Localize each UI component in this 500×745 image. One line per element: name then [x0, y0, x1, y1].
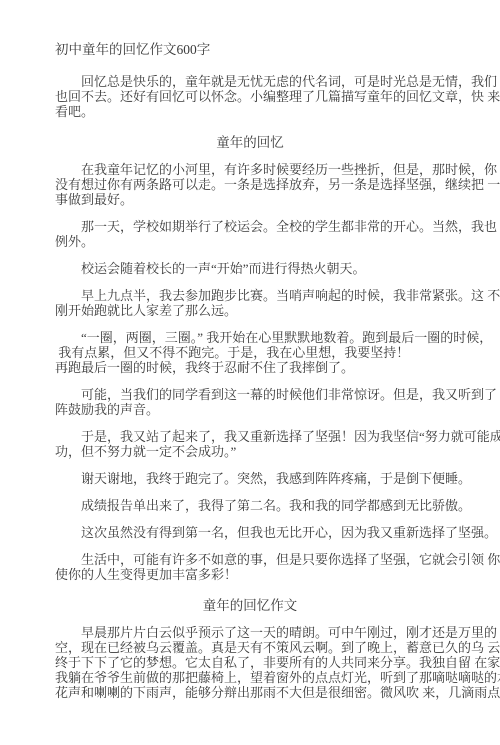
essay-paragraph: 早晨那片片白云似乎预示了这一天的晴朗。可中午刚过，刚才还是万里的 晴空，现在已经…	[55, 625, 445, 700]
document-page: 初中童年的回忆作文600字 回忆总是快乐的，童年就是无忧无虑的代名词，可是时光总…	[0, 0, 500, 745]
text-line: 可能，当我们的同学看到这一幕的时候他们非常惊讶。但是，我又听到了 阵	[55, 387, 445, 402]
essay-paragraph: “一圈，两圈，三圈。” 我开始在心里默默地数着。跑到最后一圈的时候， 我有点累，…	[55, 330, 445, 375]
text-line: 例外。	[55, 234, 445, 249]
document-title: 初中童年的回忆作文600字	[55, 42, 445, 57]
text-line: 花声和喇喇的下雨声，能够分辩出那雨不大但是很细密。微风吹 来，几滴雨点飘	[55, 685, 445, 700]
text-line: 谢天谢地，我终于跑完了。突然，我感到阵阵疼痛，于是倒下便睡。	[55, 471, 445, 486]
text-line: 看吧。	[55, 104, 445, 119]
text-line: 再跑最后一圈的时候，我终于忍耐不住了我摔倒了。	[55, 360, 445, 375]
text-line: 早上九点半，我去参加跑步比赛。当哨声响起的时候，我非常紧张。这 不，	[55, 288, 445, 303]
text-line: 刚开始跑就比人家差了那么远。	[55, 303, 445, 318]
section-heading: 童年的回忆作文	[55, 598, 445, 613]
essay-paragraph: 生活中，可能有许多不如意的事，但是只要你选择了坚强，它就会引领 你，使你的人生变…	[55, 552, 445, 582]
essay-paragraph: 校运会随着校长的一声“开始”而进行得热火朝天。	[55, 261, 445, 276]
text-line: 我有点累，但又不得不跑完。于是，我在心里想，我要坚持！	[55, 345, 445, 360]
essay-paragraph: 成绩报告单出来了，我得了第二名。我和我的同学都感到无比骄傲。	[55, 498, 445, 513]
text-line: 在我童年记忆的小河里，有许多时候要经历一些挫折，但是，那时候，你 有	[55, 162, 445, 177]
text-line: 回忆总是快乐的，童年就是无忧无虑的代名词，可是时光总是无情，我们 再	[55, 74, 445, 89]
essay-paragraph: 那一天，学校如期举行了校运会。全校的学生都非常的开心。当然，我也 不例外。	[55, 219, 445, 249]
text-line: 也回不去。还好有回忆可以怀念。小编整理了几篇描写童年的回忆文章，快 来看	[55, 89, 445, 104]
essay-paragraph: 这次虽然没有得到第一名，但我也无比开心，因为我又重新选择了坚强。	[55, 525, 445, 540]
text-line: 早晨那片片白云似乎预示了这一天的晴朗。可中午刚过，刚才还是万里的 晴	[55, 625, 445, 640]
section-heading: 童年的回忆	[55, 135, 445, 150]
text-line: 终于下下了它的梦想。它太自私了，非要所有的人共同来分享。我独自留 在家中。	[55, 655, 445, 670]
essay-paragraph: 可能，当我们的同学看到这一幕的时候他们非常惊讶。但是，我又听到了 阵阵鼓励我的声…	[55, 387, 445, 417]
text-line: 事做到最好。	[55, 192, 445, 207]
text-line: 于是，我又站了起来了，我又重新选择了坚强！因为我坚信“努力就可能成	[55, 429, 445, 444]
text-line: 功，但不努力就一定不会成功。”	[55, 444, 445, 459]
text-line: 这次虽然没有得到第一名，但我也无比开心，因为我又重新选择了坚强。	[55, 525, 445, 540]
text-line: 空，现在已经被乌云覆盖。真是天有不策风云啊。到了晚上，蓄意已久的乌 云，	[55, 640, 445, 655]
essay-paragraph: 在我童年记忆的小河里，有许多时候要经历一些挫折，但是，那时候，你 有没有想过你有…	[55, 162, 445, 207]
essay-paragraph: 于是，我又站了起来了，我又重新选择了坚强！因为我坚信“努力就可能成功，但不努力就…	[55, 429, 445, 459]
text-line: 没有想过你有两条路可以走。一条是选择放弃，另一条是选择坚强，继续把 一件	[55, 177, 445, 192]
text-line: 生活中，可能有许多不如意的事，但是只要你选择了坚强，它就会引领 你，	[55, 552, 445, 567]
essay-paragraph: 回忆总是快乐的，童年就是无忧无虑的代名词，可是时光总是无情，我们 再也回不去。还…	[55, 74, 445, 119]
text-line: 我躺在爷爷生前做的那把藤椅上，望着窗外的点点灯光，听到了那嘀哒嘀哒的水	[55, 670, 445, 685]
document-body: 回忆总是快乐的，童年就是无忧无虑的代名词，可是时光总是无情，我们 再也回不去。还…	[55, 74, 445, 700]
text-line: “一圈，两圈，三圈。” 我开始在心里默默地数着。跑到最后一圈的时候，	[55, 330, 445, 345]
text-line: 那一天，学校如期举行了校运会。全校的学生都非常的开心。当然，我也 不	[55, 219, 445, 234]
text-line: 阵鼓励我的声音。	[55, 402, 445, 417]
text-line: 校运会随着校长的一声“开始”而进行得热火朝天。	[55, 261, 445, 276]
essay-paragraph: 谢天谢地，我终于跑完了。突然，我感到阵阵疼痛，于是倒下便睡。	[55, 471, 445, 486]
essay-paragraph: 早上九点半，我去参加跑步比赛。当哨声响起的时候，我非常紧张。这 不，刚开始跑就比…	[55, 288, 445, 318]
text-line: 使你的人生变得更加丰富多彩！	[55, 567, 445, 582]
text-line: 成绩报告单出来了，我得了第二名。我和我的同学都感到无比骄傲。	[55, 498, 445, 513]
